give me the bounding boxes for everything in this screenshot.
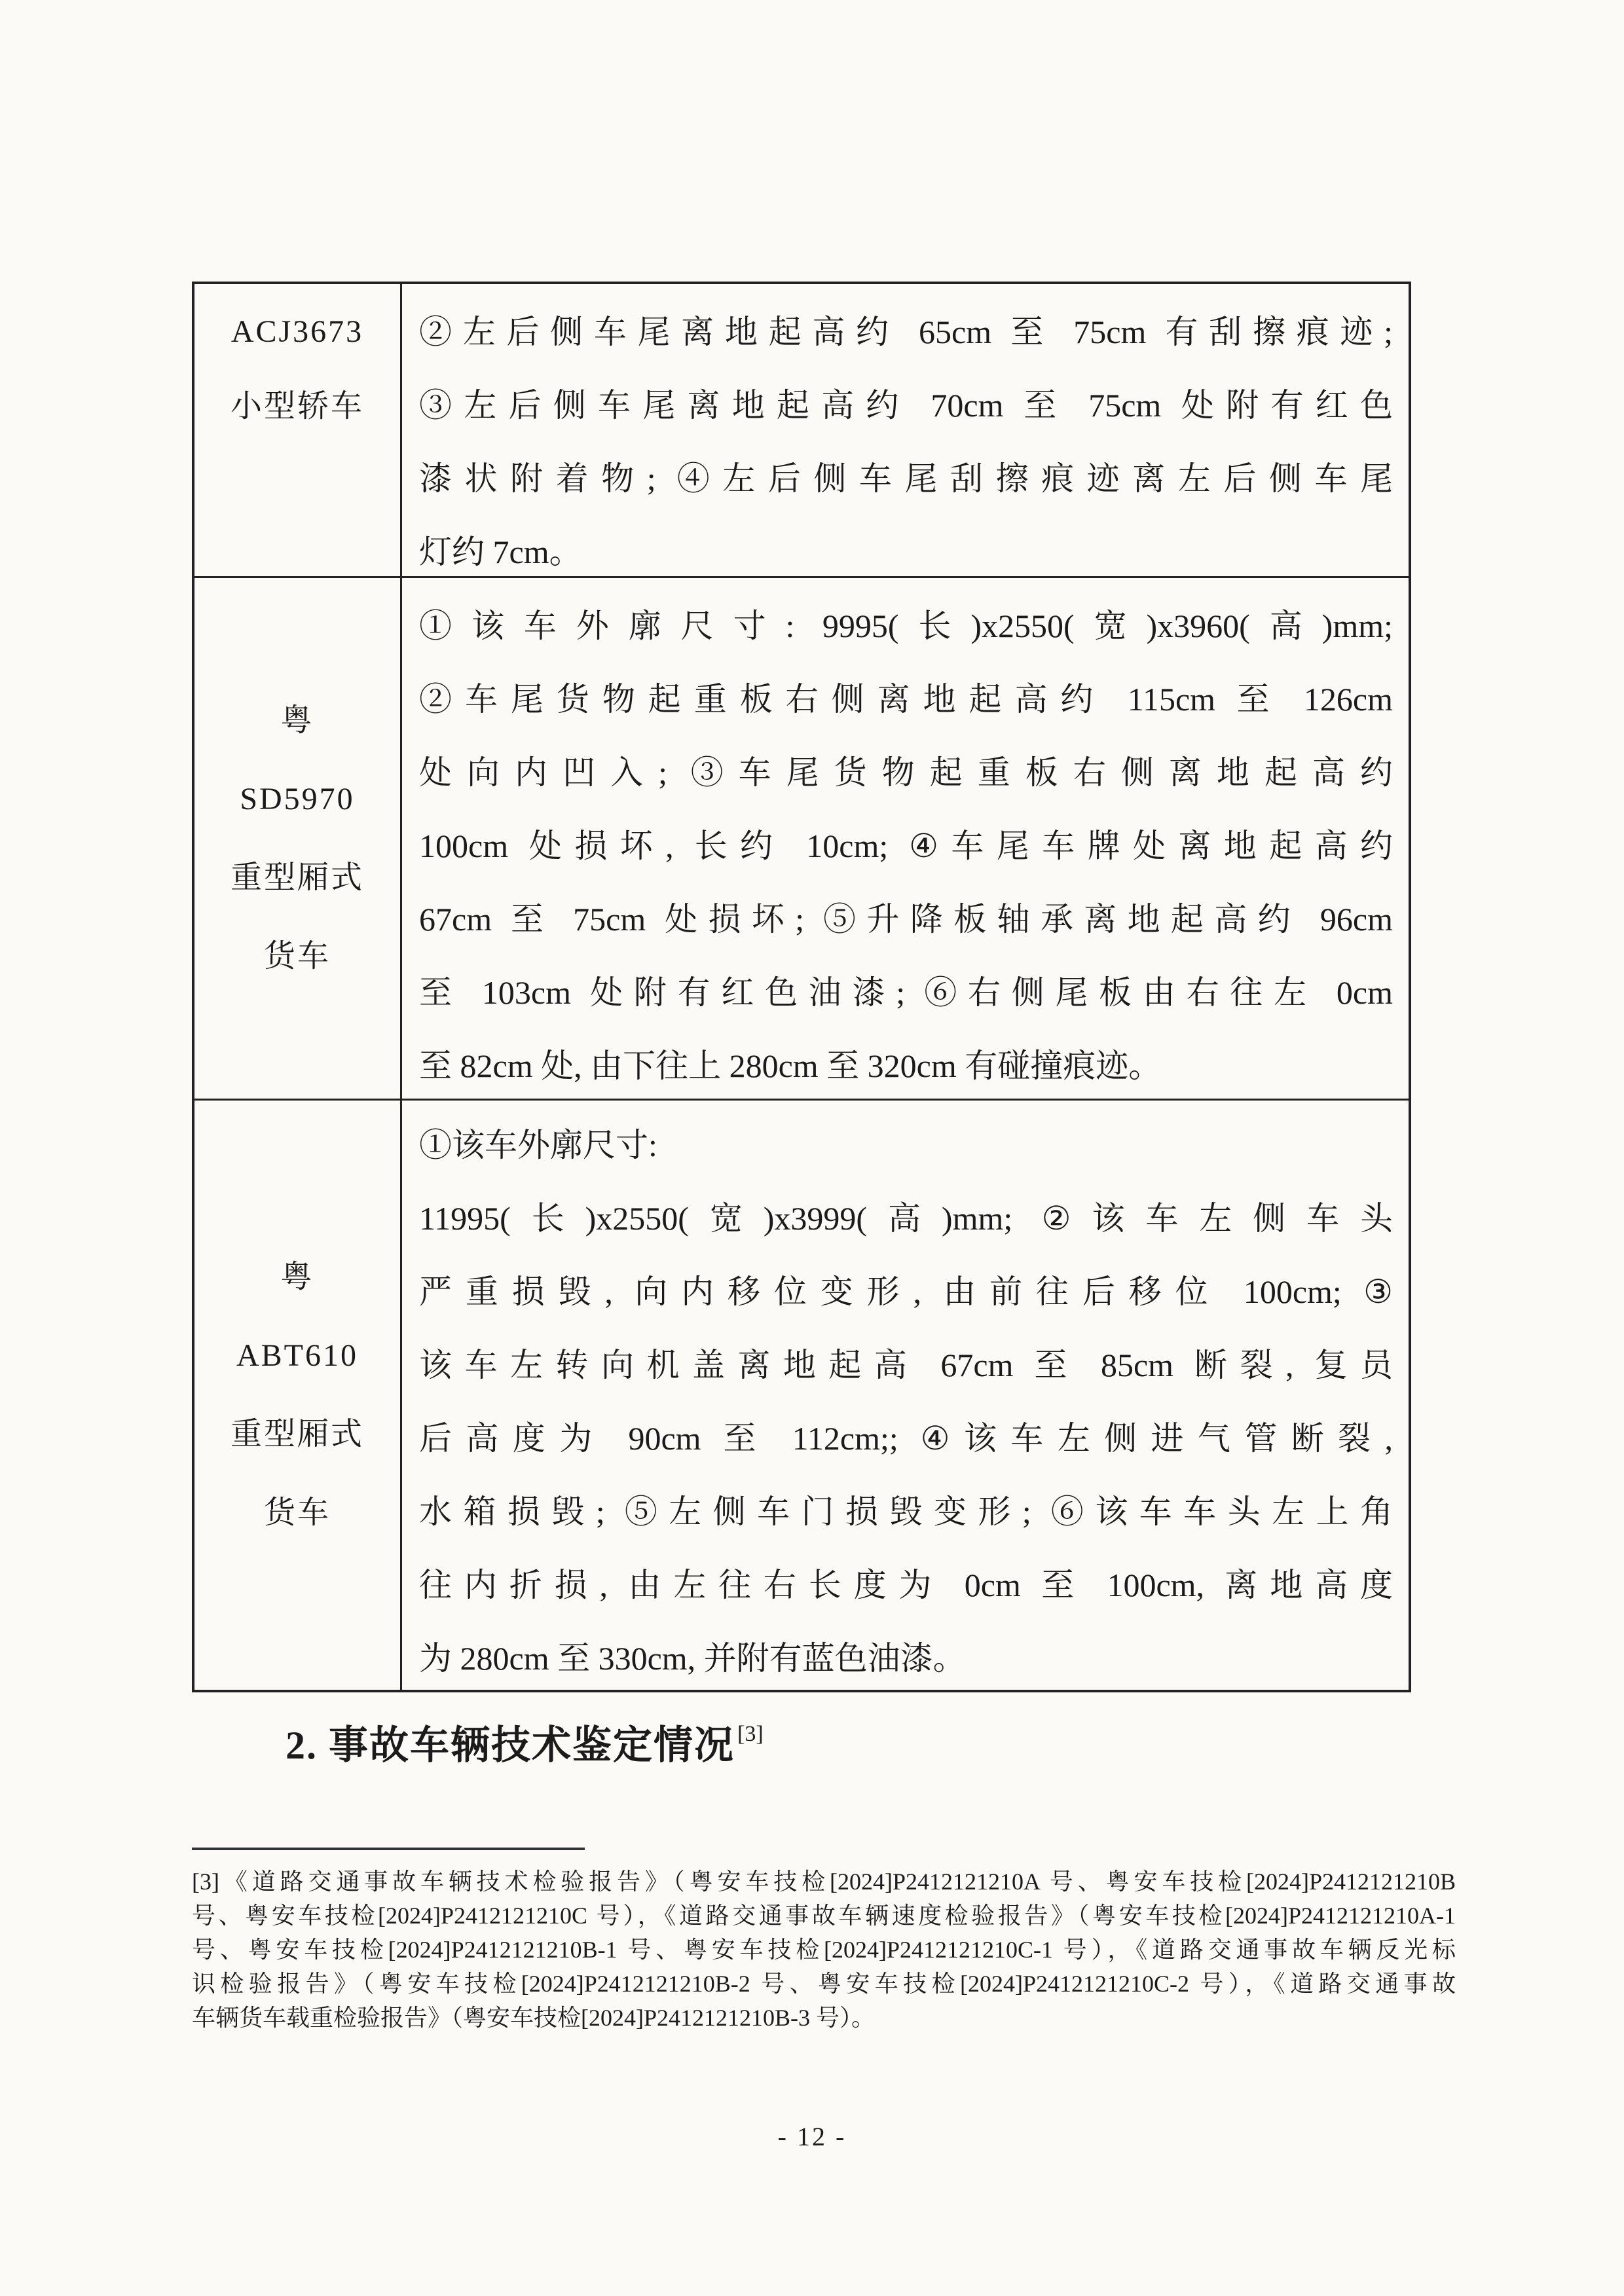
table-row: ACJ3673 小型轿车 ②左后侧车尾离地起高约 65cm 至 75cm 有刮擦… <box>194 284 1409 576</box>
table-row: 粤 ABT610 重型厢式 货车 ①该车外廓尺寸:11995(长)x2550(宽… <box>194 1099 1409 1690</box>
section-heading-text: 2. 事故车辆技术鉴定情况 <box>286 1724 735 1767</box>
page-number: - 12 - <box>0 2121 1624 2152</box>
vehicle-cell: 粤 SD5970 重型厢式 货车 <box>194 578 402 1099</box>
table-row: 粤 SD5970 重型厢式 货车 ①该车外廓尺寸: 9995(长)x2550(宽… <box>194 576 1409 1099</box>
vehicle-cell: 粤 ABT610 重型厢式 货车 <box>194 1101 402 1690</box>
vehicle-cell: ACJ3673 小型轿车 <box>194 284 402 576</box>
footnote-reference: [3] <box>737 1722 764 1746</box>
damage-description-cell: ②左后侧车尾离地起高约 65cm 至 75cm 有刮擦痕迹;③左后侧车尾离地起高… <box>402 284 1409 576</box>
footnote-text: [3]《道路交通事故车辆技术检验报告》（粤安车技检[2024]P24121212… <box>192 1865 1456 2035</box>
document-page: ACJ3673 小型轿车 ②左后侧车尾离地起高约 65cm 至 75cm 有刮擦… <box>0 0 1624 2296</box>
vehicle-damage-table: ACJ3673 小型轿车 ②左后侧车尾离地起高约 65cm 至 75cm 有刮擦… <box>192 282 1411 1692</box>
damage-description-cell: ①该车外廓尺寸:11995(长)x2550(宽)x3999(高)mm; ②该车左… <box>402 1101 1409 1690</box>
damage-description-cell: ①该车外廓尺寸: 9995(长)x2550(宽)x3960(高)mm;②车尾货物… <box>402 578 1409 1099</box>
section-heading: 2. 事故车辆技术鉴定情况[3] <box>286 1714 764 1770</box>
footnote-separator <box>192 1848 585 1850</box>
